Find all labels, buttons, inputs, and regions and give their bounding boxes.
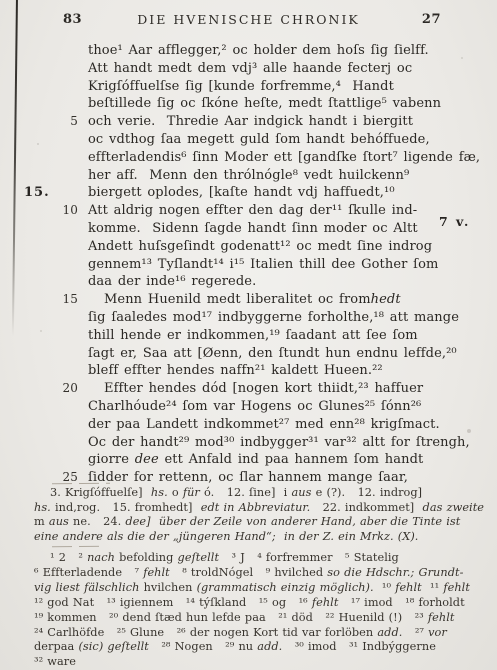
italic-text-segment: edt in Abbreviatur. xyxy=(201,501,310,514)
text-line: 20Effter hendes dód [nogen kort thiidt,²… xyxy=(56,380,486,398)
text-line: beſtillede ſig oc ſkóne heſte, medt ſtat… xyxy=(56,95,486,113)
page-edge-line-artifact xyxy=(12,0,18,336)
text-segment: hvilchen xyxy=(144,581,197,594)
text-segment: der paa Landett indkommet²⁷ med enn²⁸ kr… xyxy=(88,417,440,432)
italic-text-segment: aus xyxy=(49,515,69,528)
italic-text-segment: hedt xyxy=(371,292,401,307)
text-line: Charlhóude²⁴ ſom var Hogens oc Glunes²⁵ … xyxy=(56,398,486,416)
text-line: der paa Landett indkommet²⁷ med enn²⁸ kr… xyxy=(56,416,486,434)
text-segment: Oc der handt²⁹ mod³⁰ indbygger³¹ var³² a… xyxy=(88,435,470,450)
apparatus-line: derpaa (sic) geſtellt ²⁸ Nogen ²⁹ nu add… xyxy=(34,640,482,655)
text-line: thoe¹ Aar afflegger,² oc holder dem hoſs… xyxy=(56,42,486,60)
text-segment: Att aldrig nogen effter den dag der¹¹ ſk… xyxy=(88,203,417,218)
text-segment: ett Anfald ind paa hannem ſom handt xyxy=(159,452,424,467)
line-number: 15 xyxy=(56,291,78,309)
text-segment: ¹⁷ imod ¹⁸ forholdt xyxy=(338,596,464,609)
text-segment: Menn Huenild medt liberalitet oc from xyxy=(104,292,371,307)
scan-specks xyxy=(0,0,2,2)
text-segment: daa der inde¹⁶ regerede. xyxy=(88,274,256,289)
text-segment: ¹⁹ kommen ²⁰ dend ſtæd hun lefde paa ²¹ … xyxy=(34,611,428,624)
text-segment: Effter hendes dód [nogen kort thiidt,²³ … xyxy=(104,381,423,396)
italic-text-segment: dee] über der Zeile von anderer Hand, ab… xyxy=(125,515,460,528)
italic-text-segment: fehlt xyxy=(395,581,422,594)
apparatus-line: ¹² god Nat ¹³ igiennem ¹⁴ týſkland ¹⁵ og… xyxy=(34,596,482,611)
text-segment: ³ J ⁴ forfremmer ⁵ Statelig xyxy=(219,551,399,564)
text-segment: ſidder for rettenn, oc ſlar hannem mange… xyxy=(88,470,408,485)
text-line: ſig ſaaledes mod¹⁷ indbyggerne forholthe… xyxy=(56,309,486,327)
line-number: 20 xyxy=(56,380,78,398)
apparatus-line: ³² ware xyxy=(34,655,482,670)
page-number-left: 83 xyxy=(63,12,82,27)
text-segment: ¹¹ xyxy=(422,581,444,594)
main-text-block: thoe¹ Aar afflegger,² oc holder dem hoſs… xyxy=(56,42,486,487)
text-line: Andett huſsgeſindt godenatt¹² oc medt ſi… xyxy=(56,238,486,256)
text-segment: biergett oplodes, [kaſte handt vdj haffu… xyxy=(88,185,395,200)
text-segment: ²⁴ Carlhöfde ²⁵ Glune ²⁶ der nogen Kort … xyxy=(34,626,377,639)
line-number: 5 xyxy=(56,113,78,131)
text-segment: giorre xyxy=(88,452,135,467)
apparatus-separator-lower xyxy=(52,546,106,548)
text-segment: och verie. Thredie Aar indgick handt i b… xyxy=(88,114,413,129)
italic-text-segment: aus xyxy=(292,486,312,499)
italic-text-segment: fehlt xyxy=(428,611,455,624)
italic-text-segment: geſtellt xyxy=(178,551,220,564)
text-segment: bleff effter hendes naffn²¹ kaldett Huee… xyxy=(88,363,383,378)
italic-text-segment: fehlt xyxy=(443,581,470,594)
text-line: 5och verie. Thredie Aar indgick handt i … xyxy=(56,113,486,131)
line-number: 25 xyxy=(56,469,78,487)
text-line: effterladendis⁶ ſinn Moder ett [gandſke … xyxy=(56,149,486,167)
text-line: Krigſóffuelſse ſig [kunde forfremme,⁴ Ha… xyxy=(56,78,486,96)
text-line: Oc der handt²⁹ mod³⁰ indbygger³¹ var³² a… xyxy=(56,434,486,452)
text-segment: ³² ware xyxy=(34,655,76,668)
page-header: 83 DIE HVENISCHE CHRONIK 27 xyxy=(0,12,497,28)
text-segment: effterladendis⁶ ſinn Moder ett [gandſke … xyxy=(88,150,480,165)
italic-text-segment: dee xyxy=(135,452,159,467)
text-segment: ⁸ troldNógel ⁹ hvilched xyxy=(170,566,328,579)
text-line: biergett oplodes, [kaſte handt vdj haffu… xyxy=(56,184,486,202)
text-segment: Att handt medt dem vdj³ alle haande fect… xyxy=(88,61,412,76)
text-segment: ſig ſaaledes mod¹⁷ indbyggerne forholthe… xyxy=(88,310,459,325)
text-segment: komme. Sidenn ſagde handt ſinn moder oc … xyxy=(88,221,418,236)
italic-text-segment: vor xyxy=(428,626,447,639)
apparatus-line: eine andere als die der „jüngeren Hand“;… xyxy=(34,530,482,545)
apparatus-line: vig liest fälschlich hvilchen (grammatis… xyxy=(34,581,482,596)
text-segment: Andett huſsgeſindt godenatt¹² oc medt ſi… xyxy=(88,239,432,254)
italic-text-segment: add. xyxy=(257,640,282,653)
apparatus-line: ¹⁹ kommen ²⁰ dend ſtæd hun lefde paa ²¹ … xyxy=(34,611,482,626)
text-segment: o xyxy=(168,486,183,499)
text-segment: oc vdthog ſaa megett guld ſom handt behó… xyxy=(88,132,430,147)
text-segment: ³⁰ imod ³¹ Indbýggerne xyxy=(282,640,436,653)
text-line: 25ſidder for rettenn, oc ſlar hannem man… xyxy=(56,469,486,487)
apparatus-line: ²⁴ Carlhöfde ²⁵ Glune ²⁶ der nogen Kort … xyxy=(34,626,482,641)
margin-note-section: 15. xyxy=(24,185,50,200)
text-segment: ¹² god Nat ¹³ igiennem ¹⁴ týſkland ¹⁵ og… xyxy=(34,596,312,609)
apparatus-line: ¹ 2 ² nach befolding geſtellt ³ J ⁴ forf… xyxy=(34,551,482,566)
italic-text-segment: fehlt xyxy=(143,566,170,579)
text-line: daa der inde¹⁶ regerede. xyxy=(56,273,486,291)
text-segment: Charlhóude²⁴ ſom var Hogens oc Glunes²⁵ … xyxy=(88,399,421,414)
text-segment: derpaa xyxy=(34,640,78,653)
text-segment: ind,rog. 15. fromhedt] xyxy=(51,501,201,514)
italic-text-segment: vig liest fälschlich xyxy=(34,581,144,594)
line-number: 10 xyxy=(56,202,78,220)
text-segment: ó. 12. ſine] i xyxy=(200,486,292,499)
text-line: thill hende er indkommen,¹⁹ ſaadant att … xyxy=(56,327,486,345)
text-line: Att handt medt dem vdj³ alle haande fect… xyxy=(56,60,486,78)
italic-text-segment: hs. xyxy=(151,486,168,499)
text-line: giorre dee ett Anfald ind paa hannem ſom… xyxy=(56,451,486,469)
text-line: oc vdthog ſaa megett guld ſom handt behó… xyxy=(56,131,486,149)
apparatus-line: 3. Krigſóffuelſe] hs. o für ó. 12. ſine]… xyxy=(34,486,482,501)
text-segment: gennem¹³ Tyſlandt¹⁴ i¹⁵ Italien thill de… xyxy=(88,257,438,272)
text-segment: befolding xyxy=(115,551,178,564)
text-segment: her aff. Menn den thrólnógle⁸ vedt huilc… xyxy=(88,168,409,183)
text-line: komme. Sidenn ſagde handt ſinn moder oc … xyxy=(56,220,486,238)
apparatus-line: hs. ind,rog. 15. fromhedt] edt in Abbrev… xyxy=(34,501,482,516)
italic-text-segment: (sic) geſtellt xyxy=(78,640,148,653)
text-segment: 3. Krigſóffuelſe] xyxy=(50,486,151,499)
text-segment: ¹ 2 ² xyxy=(50,551,87,564)
text-segment: ¹⁰ xyxy=(374,581,396,594)
text-segment: ²⁷ xyxy=(402,626,428,639)
italic-text-segment: fehlt xyxy=(312,596,339,609)
text-segment: ſagt er, Saa att [Øenn, den ſtundt hun e… xyxy=(88,346,457,361)
text-segment: ne. 24. xyxy=(69,515,126,528)
apparatus-upper-block: 3. Krigſóffuelſe] hs. o für ó. 12. ſine]… xyxy=(34,486,482,545)
italic-text-segment: (grammatisch einzig möglich). xyxy=(197,581,374,594)
text-segment: ²⁸ Nogen ²⁹ nu xyxy=(149,640,257,653)
text-segment: m xyxy=(34,515,49,528)
page-number-right: 27 xyxy=(422,12,441,27)
italic-text-segment: add. xyxy=(377,626,402,639)
text-line: 15Menn Huenild medt liberalitet oc fromh… xyxy=(56,291,486,309)
apparatus-line: m aus ne. 24. dee] über der Zeile von an… xyxy=(34,515,482,530)
book-page-scan: 83 DIE HVENISCHE CHRONIK 27 15. 7 v. tho… xyxy=(0,0,497,670)
text-line: bleff effter hendes naffn²¹ kaldett Huee… xyxy=(56,362,486,380)
text-segment: beſtillede ſig oc ſkóne heſte, medt ſtat… xyxy=(88,96,441,111)
text-segment: 22. indkommet] xyxy=(310,501,422,514)
text-segment: e (?). 12. indrog] xyxy=(311,486,422,499)
text-segment: thoe¹ Aar afflegger,² oc holder dem hoſs… xyxy=(88,43,429,58)
italic-text-segment: eine andere als die der „jüngeren Hand“;… xyxy=(34,530,418,543)
apparatus-lower-block: ¹ 2 ² nach befolding geſtellt ³ J ⁴ forf… xyxy=(34,551,482,670)
italic-text-segment: nach xyxy=(87,551,115,564)
italic-text-segment: so die Hdschr.; Grundt- xyxy=(327,566,463,579)
italic-text-segment: hs. xyxy=(34,501,51,514)
text-line: 10Att aldrig nogen effter den dag der¹¹ … xyxy=(56,202,486,220)
apparatus-line: ⁶ Effterladende ⁷ fehlt ⁸ troldNógel ⁹ h… xyxy=(34,566,482,581)
text-line: gennem¹³ Tyſlandt¹⁴ i¹⁵ Italien thill de… xyxy=(56,256,486,274)
text-line: her aff. Menn den thrólnógle⁸ vedt huilc… xyxy=(56,167,486,185)
italic-text-segment: das zweite xyxy=(423,501,485,514)
text-segment: ⁶ Effterladende ⁷ xyxy=(34,566,143,579)
italic-text-segment: für xyxy=(183,486,200,499)
text-line: ſagt er, Saa att [Øenn, den ſtundt hun e… xyxy=(56,345,486,363)
text-segment: thill hende er indkommen,¹⁹ ſaadant att … xyxy=(88,328,418,343)
text-segment: Krigſóffuelſse ſig [kunde forfremme,⁴ Ha… xyxy=(88,79,394,94)
